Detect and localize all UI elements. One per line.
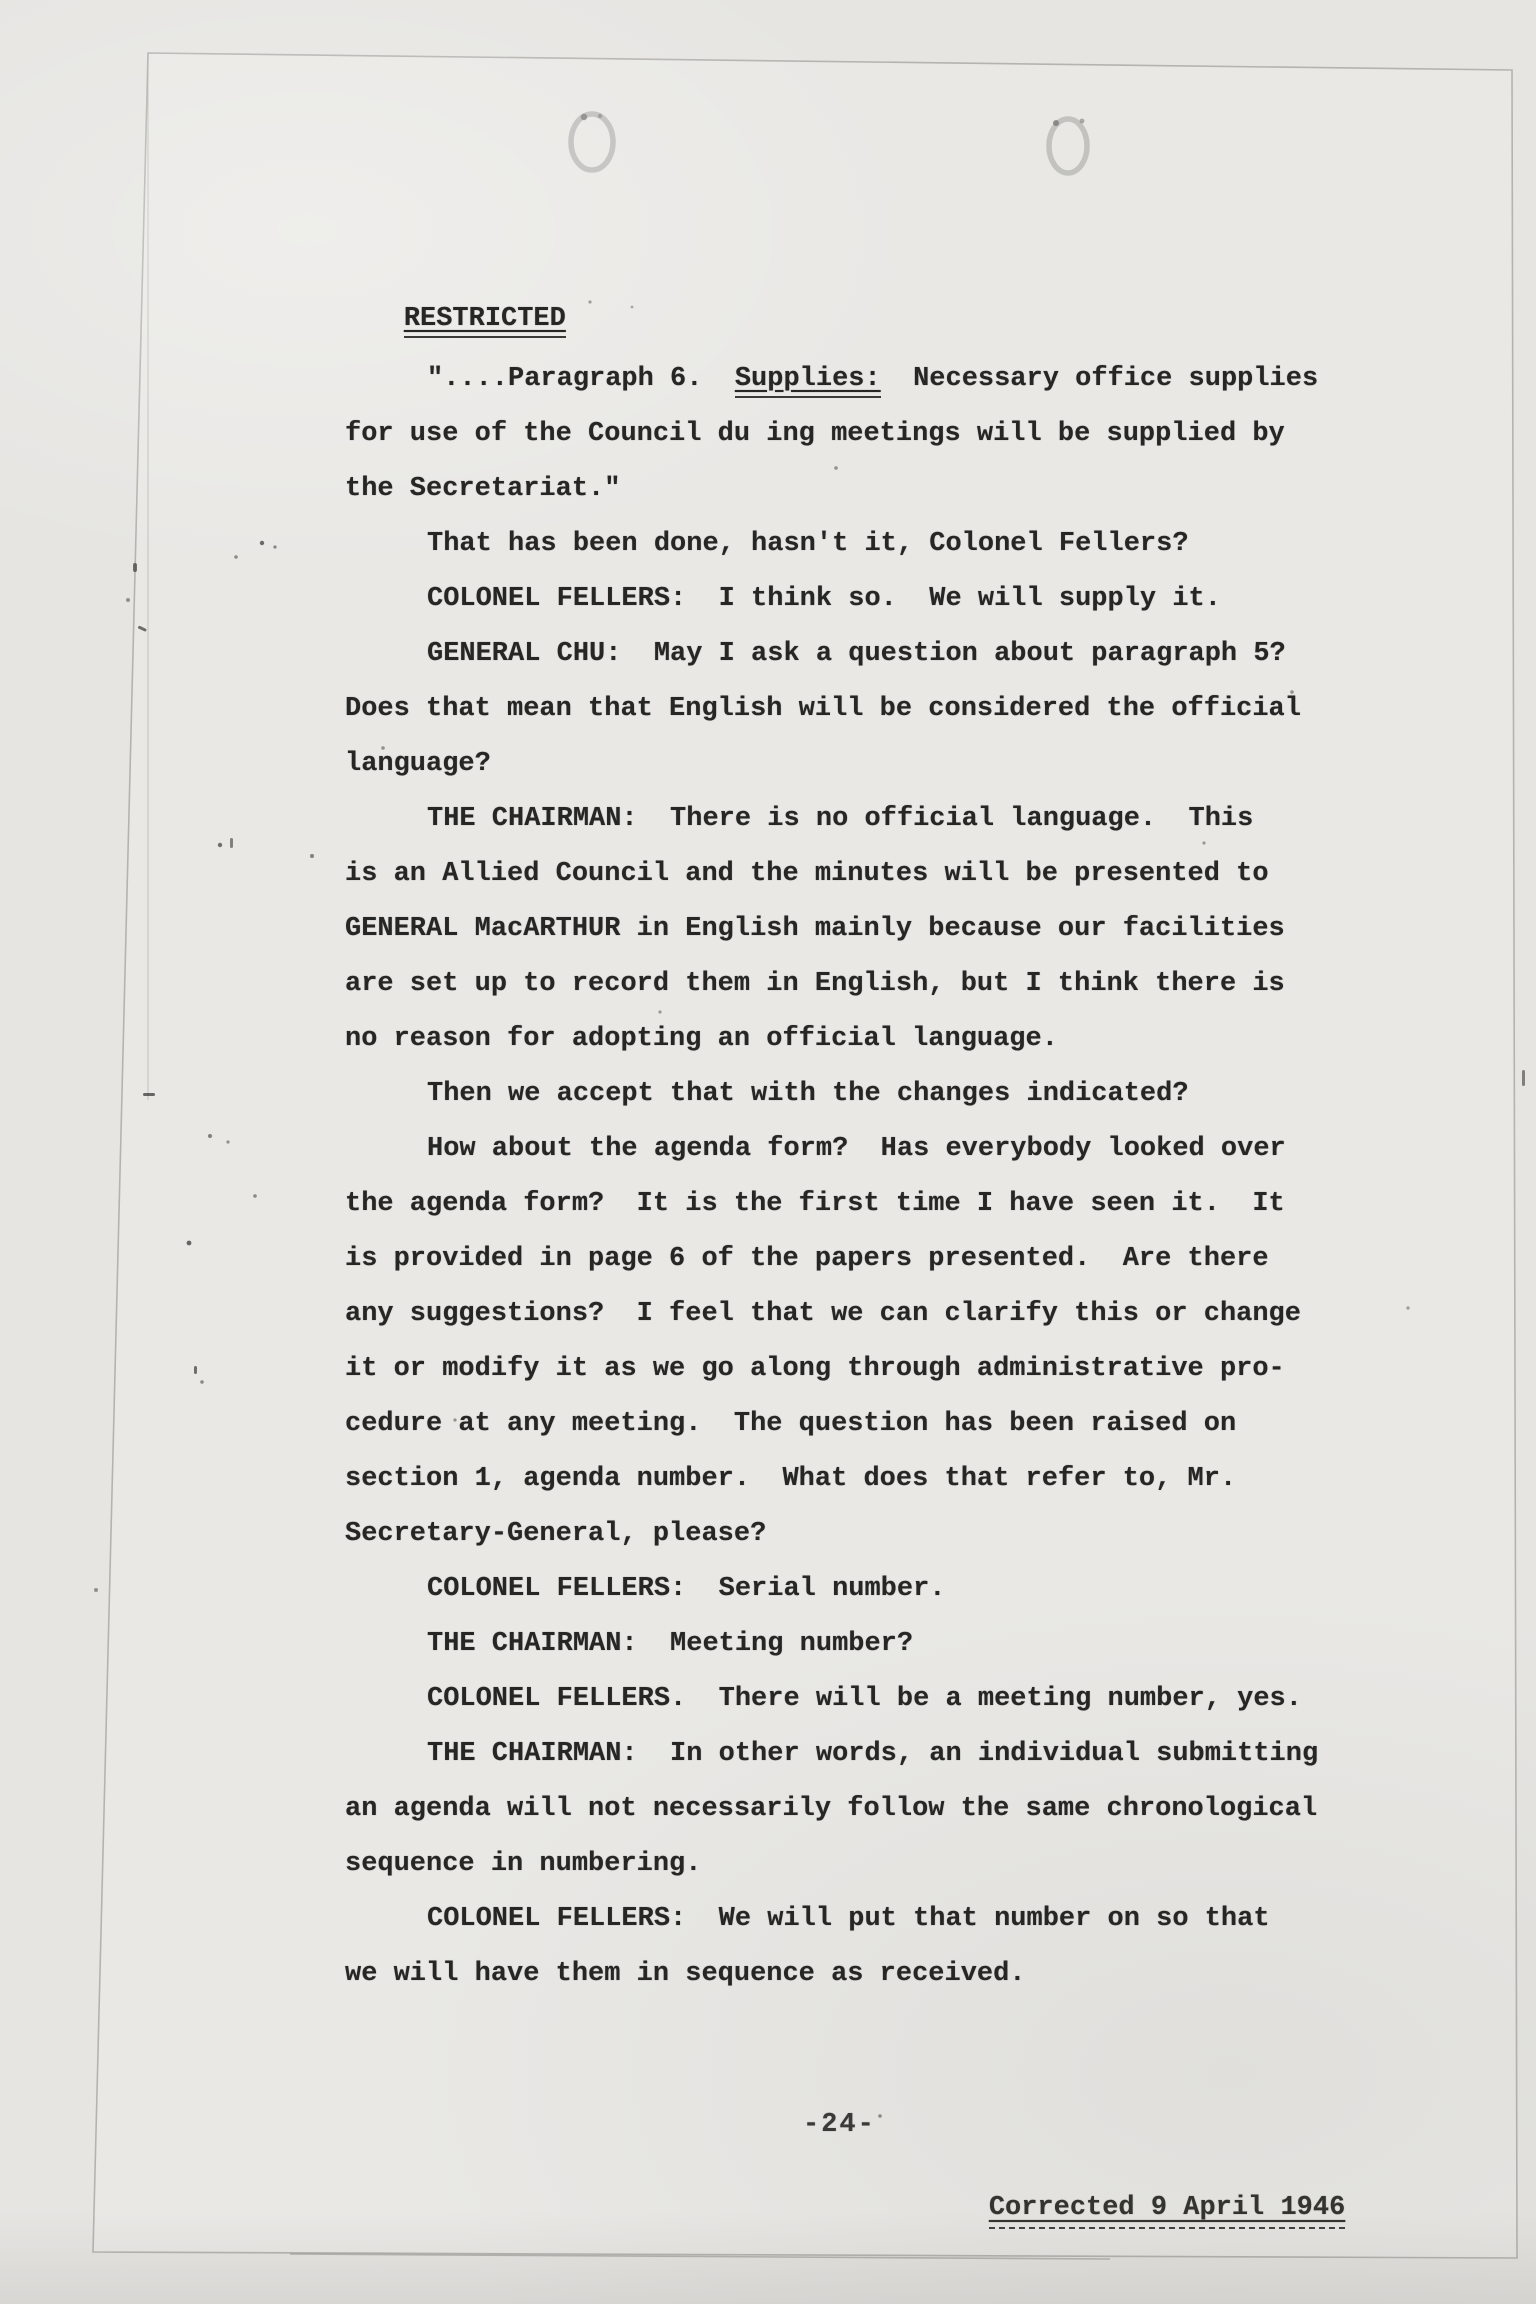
document-line: an agenda will not necessarily follow th…: [345, 1782, 1318, 1837]
page-number: -24-: [803, 2098, 876, 2153]
text-segment: COLONEL FELLERS. There will be a meeting…: [427, 1684, 1302, 1714]
document-line: is provided in page 6 of the papers pres…: [345, 1232, 1318, 1287]
text-segment: is provided in page 6 of the papers pres…: [345, 1244, 1269, 1274]
text-segment: "....Paragraph 6.: [427, 364, 735, 394]
text-segment: for use of the Council du ing meetings w…: [345, 419, 1285, 449]
document-line: GENERAL CHU: May I ask a question about …: [345, 627, 1318, 682]
text-segment: it or modify it as we go along through a…: [345, 1354, 1285, 1384]
document-line: THE CHAIRMAN: Meeting number?: [345, 1617, 1318, 1672]
transcript-body: "....Paragraph 6. Supplies: Necessary of…: [345, 352, 1318, 2002]
document-line: THE CHAIRMAN: In other words, an individ…: [345, 1727, 1318, 1782]
text-segment: section 1, agenda number. What does that…: [345, 1464, 1236, 1494]
document-line: sequence in numbering.: [345, 1837, 1318, 1892]
document-line: "....Paragraph 6. Supplies: Necessary of…: [345, 352, 1318, 407]
document-line: GENERAL MacARTHUR in English mainly beca…: [345, 902, 1318, 957]
document-line: COLONEL FELLERS: I think so. We will sup…: [345, 572, 1318, 627]
text-segment: the Secretariat.": [345, 474, 620, 504]
document-line: no reason for adopting an official langu…: [345, 1012, 1318, 1067]
text-segment: GENERAL MacARTHUR in English mainly beca…: [345, 914, 1285, 944]
underlined-text: Supplies:: [735, 364, 881, 398]
text-segment: GENERAL CHU: May I ask a question about …: [427, 639, 1286, 669]
correction-note-text: Corrected 9 April 1946: [989, 2193, 1345, 2229]
document-line: cedure at any meeting. The question has …: [345, 1397, 1318, 1452]
document-line: are set up to record them in English, bu…: [345, 957, 1318, 1012]
text-segment: Necessary office supplies: [881, 364, 1318, 394]
document-line: language?: [345, 737, 1318, 792]
text-segment: any suggestions? I feel that we can clar…: [345, 1299, 1301, 1329]
text-segment: Secretary-General, please?: [345, 1519, 766, 1549]
text-segment: COLONEL FELLERS: Serial number.: [427, 1574, 945, 1604]
document-line: Does that mean that English will be cons…: [345, 682, 1318, 737]
document-line: Secretary-General, please?: [345, 1507, 1318, 1562]
document-line: the agenda form? It is the first time I …: [345, 1177, 1318, 1232]
text-segment: Does that mean that English will be cons…: [345, 694, 1301, 724]
correction-note: Corrected 9 April 1946: [924, 2126, 1345, 2291]
document-line: we will have them in sequence as receive…: [345, 1947, 1318, 2002]
text-segment: we will have them in sequence as receive…: [345, 1959, 1026, 1989]
document-line: Then we accept that with the changes ind…: [345, 1067, 1318, 1122]
document-line: COLONEL FELLERS. There will be a meeting…: [345, 1672, 1318, 1727]
text-segment: How about the agenda form? Has everybody…: [427, 1134, 1286, 1164]
document-line: COLONEL FELLERS: Serial number.: [345, 1562, 1318, 1617]
text-segment: language?: [345, 749, 491, 779]
text-segment: That has been done, hasn't it, Colonel F…: [427, 529, 1189, 559]
text-segment: the agenda form? It is the first time I …: [345, 1189, 1285, 1219]
text-segment: an agenda will not necessarily follow th…: [345, 1794, 1317, 1824]
text-segment: THE CHAIRMAN: Meeting number?: [427, 1629, 913, 1659]
text-segment: sequence in numbering.: [345, 1849, 701, 1879]
document-line: the Secretariat.": [345, 462, 1318, 517]
text-segment: COLONEL FELLERS: We will put that number…: [427, 1904, 1270, 1934]
document-line: How about the agenda form? Has everybody…: [345, 1122, 1318, 1177]
scanned-document: RESTRICTED "....Paragraph 6. Supplies: N…: [0, 0, 1536, 2304]
document-line: THE CHAIRMAN: There is no official langu…: [345, 792, 1318, 847]
text-segment: THE CHAIRMAN: In other words, an individ…: [427, 1739, 1318, 1769]
text-segment: THE CHAIRMAN: There is no official langu…: [427, 804, 1253, 834]
text-segment: no reason for adopting an official langu…: [345, 1024, 1058, 1054]
document-line: is an Allied Council and the minutes wil…: [345, 847, 1318, 902]
text-segment: are set up to record them in English, bu…: [345, 969, 1285, 999]
document-line: for use of the Council du ing meetings w…: [345, 407, 1318, 462]
text-segment: COLONEL FELLERS: I think so. We will sup…: [427, 584, 1221, 614]
document-line: it or modify it as we go along through a…: [345, 1342, 1318, 1397]
document-line: section 1, agenda number. What does that…: [345, 1452, 1318, 1507]
text-segment: cedure at any meeting. The question has …: [345, 1409, 1236, 1439]
classification-text: RESTRICTED: [404, 304, 566, 338]
document-line: COLONEL FELLERS: We will put that number…: [345, 1892, 1318, 1947]
document-line: That has been done, hasn't it, Colonel F…: [345, 517, 1318, 572]
text-segment: is an Allied Council and the minutes wil…: [345, 859, 1269, 889]
text-segment: Then we accept that with the changes ind…: [427, 1079, 1189, 1109]
document-line: any suggestions? I feel that we can clar…: [345, 1287, 1318, 1342]
